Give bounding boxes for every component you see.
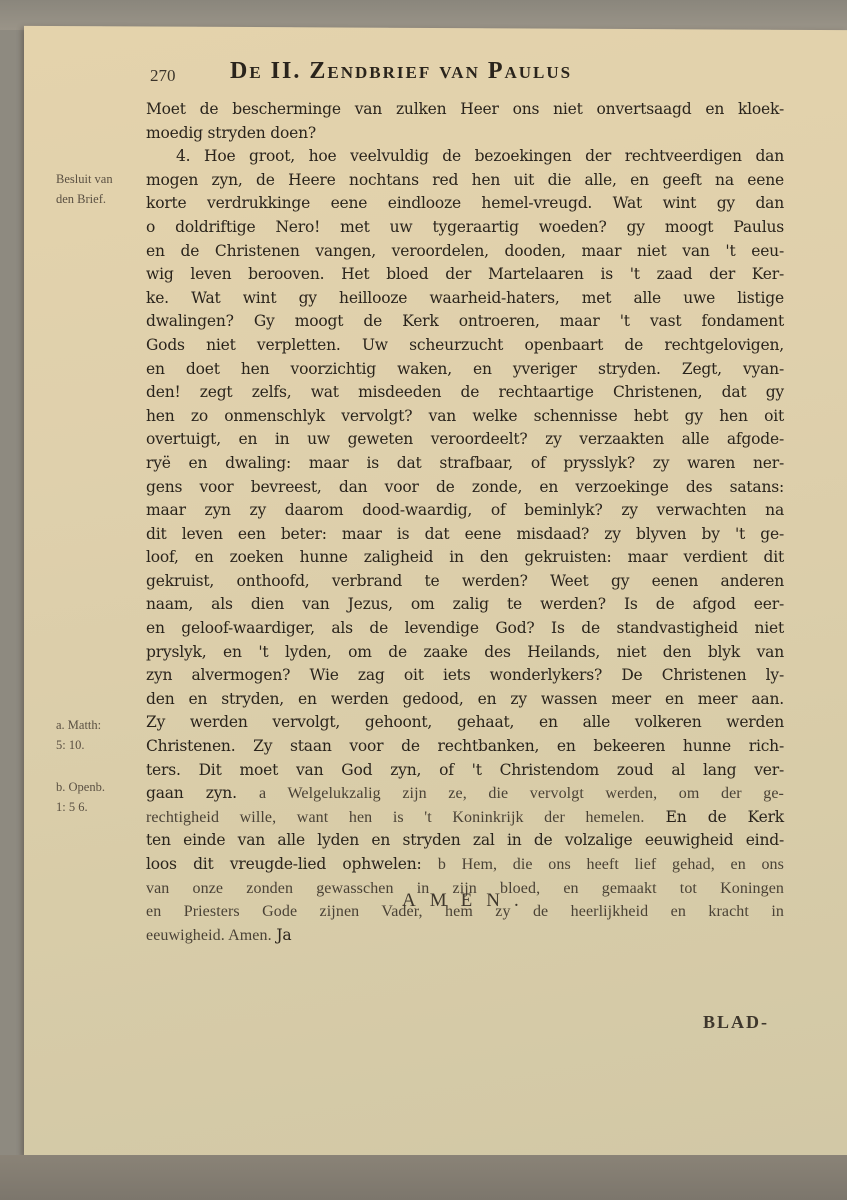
text-line: ke. Wat wint gy heillooze waarheid-hater… [146, 287, 784, 311]
text-line: en de Christenen vangen, veroordelen, do… [146, 240, 784, 264]
text-line: 4. Hoe groot, hoe veelvuldig de bezoekin… [146, 145, 784, 169]
blackletter-text: En de Kerk [666, 808, 784, 826]
text-line: moedig stryden doen? [146, 122, 784, 146]
roman-text: a Welgelukzalig zijn ze, die vervolgt we… [259, 785, 784, 802]
blackletter-text: loos dit vreugde-lied ophwelen: [146, 855, 422, 873]
margin-note: 5: 10. [56, 738, 84, 753]
roman-text: eeuwigheid. Amen. [146, 927, 272, 944]
text-line: dwalingen? Gy moogt de Kerk ontroeren, m… [146, 310, 784, 334]
roman-text: b Hem, die ons heeft lief gehad, en ons [438, 856, 784, 873]
text-line-mixed: loos dit vreugde-lied ophwelen: b Hem, d… [146, 853, 784, 877]
body-text: Moet de bescherminge van zulken Heer ons… [146, 98, 784, 947]
text-line: overtuigt, en in uw geweten veroordeelt?… [146, 428, 784, 452]
text-line-mixed: rechtigheid wille, want hen is 't Konink… [146, 806, 784, 830]
scan-backdrop-bottom [0, 1155, 847, 1200]
text-line: naam, als dien van Jezus, om zalig te we… [146, 593, 784, 617]
blackletter-text: Ja [276, 926, 291, 944]
margin-note: Besluit van [56, 172, 113, 187]
text-line-mixed: ten einde van alle lyden en stryden zal … [146, 829, 784, 853]
text-line-mixed: eeuwigheid. Amen. Ja [146, 924, 784, 948]
text-line: zyn alvermogen? Wie zag oit iets wonderl… [146, 664, 784, 688]
text-line: den! zegt zelfs, wat misdeeden de rechta… [146, 381, 784, 405]
text-line: gens voor bevreest, dan voor de zonde, e… [146, 476, 784, 500]
text-line: Gods niet verpletten. Uw scheurzucht ope… [146, 334, 784, 358]
text-line: hen zo onmenschlyk vervolgt? van welke s… [146, 405, 784, 429]
margin-note: den Brief. [56, 192, 106, 207]
text-line: ryë en dwaling: maar is dat strafbaar, o… [146, 452, 784, 476]
text-line: korte verdrukkinge eene eindlooze hemel-… [146, 192, 784, 216]
text-line: loof, en zoeken hunne zaligheid in den g… [146, 546, 784, 570]
text-line: gekruist, onthoofd, verbrand te werden? … [146, 570, 784, 594]
roman-text: rechtigheid wille, want hen is 't Konink… [146, 809, 644, 826]
text-line: o doldriftige Nero! met uw tygeraartig w… [146, 216, 784, 240]
amen-closing: AMEN. [402, 890, 533, 912]
margin-note: 1: 5 6. [56, 800, 88, 815]
text-line: en doet hen voorzichtig waken, en yverig… [146, 358, 784, 382]
blackletter-text: ten einde van alle lyden en stryden zal … [146, 831, 784, 849]
text-line: mogen zyn, de Heere nochtans red hen uit… [146, 169, 784, 193]
text-line: ters. Dit moet van God zyn, of 't Christ… [146, 759, 784, 783]
text-line: maar zyn zy daarom dood-waardig, of bemi… [146, 499, 784, 523]
text-line: Moet de bescherminge van zulken Heer ons… [146, 98, 784, 122]
text-line: Zy werden vervolgt, gehoont, gehaat, en … [146, 711, 784, 735]
text-line: Christenen. Zy staan voor de rechtbanken… [146, 735, 784, 759]
text-line: en geloof-waardiger, als de levendige Go… [146, 617, 784, 641]
page-header: 270 De II. Zendbrief van Paulus [150, 58, 790, 88]
blackletter-text: gaan zyn. [146, 784, 237, 802]
catchword: BLAD- [703, 1012, 769, 1033]
margin-note: a. Matth: [56, 718, 101, 733]
text-line: wig leven berooven. Het bloed der Martel… [146, 263, 784, 287]
text-line: pryslyk, en 't lyden, om de zaake des He… [146, 641, 784, 665]
text-line: dit leven een beter: maar is dat eene mi… [146, 523, 784, 547]
page-number: 270 [150, 66, 176, 86]
running-title: De II. Zendbrief van Paulus [230, 58, 572, 85]
text-line-mixed: gaan zyn. a Welgelukzalig zijn ze, die v… [146, 782, 784, 806]
margin-note: b. Openb. [56, 780, 105, 795]
text-line: den en stryden, en werden gedood, en zy … [146, 688, 784, 712]
